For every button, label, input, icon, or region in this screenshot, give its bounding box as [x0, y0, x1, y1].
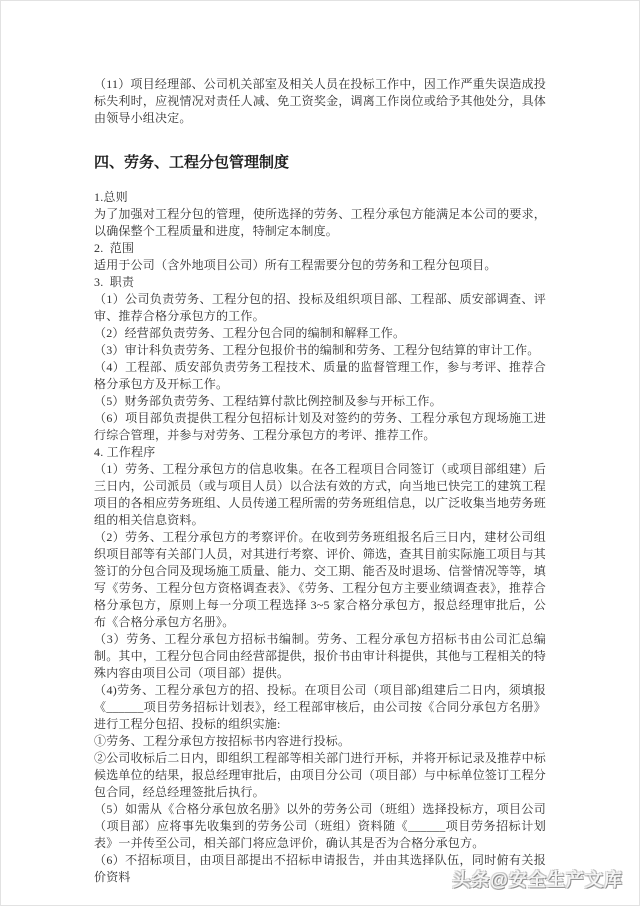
doc-paragraph: 适用于公司（含外地项目公司）所有工程需要分包的劳务和工程分包项目。	[94, 257, 546, 274]
doc-paragraph: （3）审计科负责劳务、工程分包报价书的编制和劳务、工程分包结算的审计工作。	[94, 342, 546, 359]
doc-paragraph: （2）经营部负责劳务、工程分包合同的编制和解释工作。	[94, 325, 546, 342]
doc-paragraph: （5）如需从《合格分承包放名册》以外的劳务公司（班组）选择投标方，项目公司（项目…	[94, 801, 546, 852]
document-page: （11）项目经理部、公司机关部室及相关人员在投标工作中，因工作严重失误造成投标失…	[0, 0, 640, 906]
doc-paragraph: （3）劳务、工程分承包方招标书编制。劳务、工程分承包方招标书由公司汇总编制。其中…	[94, 631, 546, 682]
doc-paragraph: ①劳务、工程分承包方按招标书内容进行投标。	[94, 733, 546, 750]
intro-paragraph: （11）项目经理部、公司机关部室及相关人员在投标工作中，因工作严重失误造成投标失…	[94, 76, 546, 127]
doc-paragraph: （4)劳务、工程分承包方的招、投标。在项目公司（项目部)组建后二日内，须填报《_…	[94, 682, 546, 733]
document-content: （11）项目经理部、公司机关部室及相关人员在投标工作中，因工作严重失误造成投标失…	[94, 76, 546, 886]
doc-paragraph: 2. 范围	[94, 240, 546, 257]
doc-paragraph: （6）项目部负责提供工程分包招标计划及对签约的劳务、工程分承包方现场施工进行综合…	[94, 410, 546, 444]
doc-paragraph: （5）财务部负责劳务、工程结算付款比例控制及参与开标工作。	[94, 393, 546, 410]
section-heading: 四、劳务、工程分包管理制度	[94, 153, 546, 173]
doc-paragraph: 1.总则	[94, 189, 546, 206]
doc-paragraph: （1）公司负责劳务、工程分包的招、投标及组织项目部、工程部、质安部调查、评审、推…	[94, 291, 546, 325]
doc-paragraph: 3. 职责	[94, 274, 546, 291]
doc-paragraph: 4. 工作程序	[94, 444, 546, 461]
doc-paragraph: （4）工程部、质安部负责劳务工程技术、质量的监督管理工作，参与考评、推荐合格分承…	[94, 359, 546, 393]
doc-paragraph: ②公司收标后二日内，即组织工程部等相关部门进行开标，并将开标记录及推荐中标候选单…	[94, 750, 546, 801]
watermark: 头条@安全生产文库	[452, 866, 623, 892]
doc-paragraph: （1）劳务、工程分承包方的信息收集。在各工程项目合同签订（或项目部组建）后三日内…	[94, 461, 546, 529]
doc-paragraph: （2）劳务、工程分承包方的考察评价。在收到劳务班组报名后三日内，建材公司组织项目…	[94, 529, 546, 631]
doc-paragraph: 为了加强对工程分包的管理，使所选择的劳务、工程分承包方能满足本公司的要求，以确保…	[94, 206, 546, 240]
